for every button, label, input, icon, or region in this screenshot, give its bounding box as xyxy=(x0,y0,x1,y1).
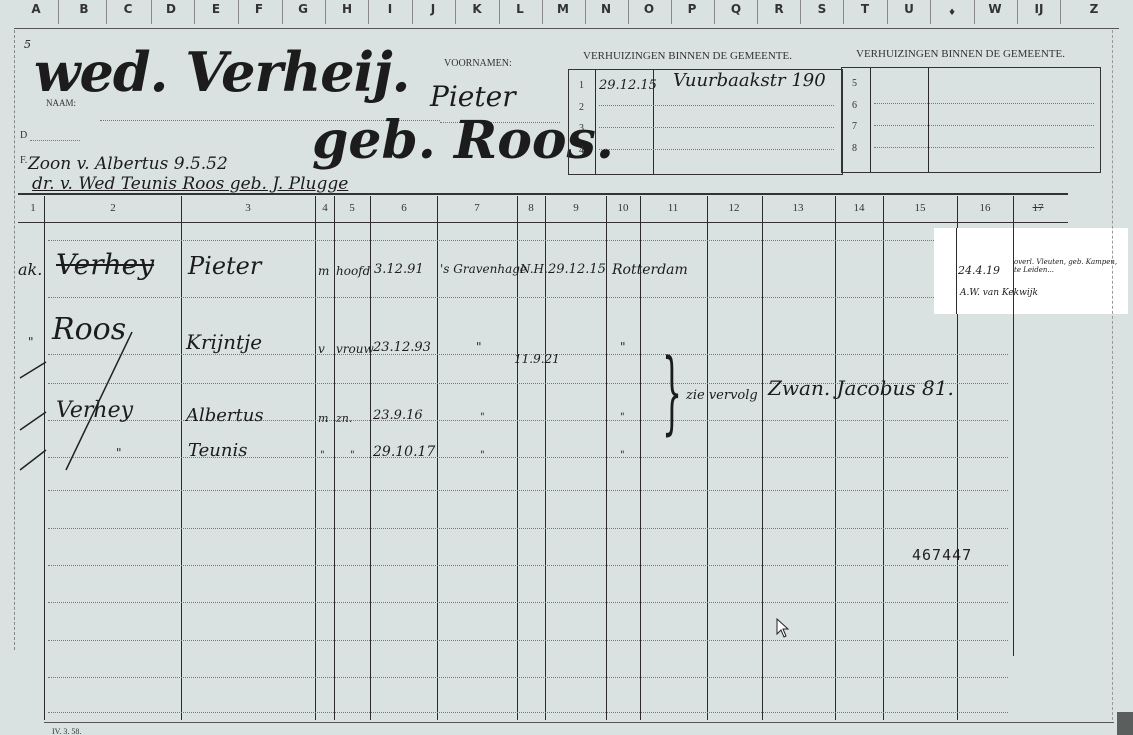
index-letter: Q xyxy=(731,2,741,16)
cell-origin: " xyxy=(620,412,625,423)
move-number: 3 xyxy=(579,123,584,134)
move-number: 7 xyxy=(852,121,857,132)
column-header: 3 xyxy=(245,202,251,214)
index-letter-strip: A B C D E F G H I J K L M N O P Q R S T … xyxy=(14,0,1119,29)
index-letter: U xyxy=(904,2,914,16)
index-letter: S xyxy=(818,2,827,16)
index-marker-icon: ♦ xyxy=(948,8,956,18)
cell-firstname: Teunis xyxy=(188,440,247,461)
cell-birthplace: " xyxy=(480,412,485,423)
note-date: 24.4.19 xyxy=(958,264,1000,277)
cell-birthplace: " xyxy=(480,450,485,461)
cell-sex: m xyxy=(318,412,328,425)
index-letter: IJ xyxy=(1035,2,1044,16)
index-letter: Z xyxy=(1090,2,1099,16)
mouse-cursor-icon xyxy=(776,618,790,638)
cell-sex: v xyxy=(318,342,325,356)
move-number: 4 xyxy=(579,145,584,156)
cell-surname: Verhey xyxy=(56,248,154,281)
column-header: 2 xyxy=(110,202,116,214)
cell-firstname: Krijntje xyxy=(186,330,262,354)
index-letter: R xyxy=(774,2,783,16)
cell-religion: N.H. xyxy=(520,262,548,276)
cell-relation: " xyxy=(350,450,355,461)
column-header: 16 xyxy=(980,202,991,214)
index-letter: B xyxy=(79,2,88,16)
brace-icon: } xyxy=(662,340,682,445)
cell-relation: hoofd xyxy=(336,264,370,278)
cell-birthdate: 23.9.16 xyxy=(373,408,423,423)
note-line-1: Zoon v. Albertus 9.5.52 xyxy=(28,154,228,174)
move-date: 29.12.15 xyxy=(599,78,657,93)
cell-sex: m xyxy=(318,264,329,278)
column-header: 7 xyxy=(474,202,480,214)
column-header: 15 xyxy=(915,202,926,214)
cell-birthdate: 23.12.93 xyxy=(373,340,431,355)
index-letter: F xyxy=(255,2,263,16)
index-letter: A xyxy=(31,2,40,16)
index-letter: N xyxy=(601,2,611,16)
move-number: 1 xyxy=(579,80,584,91)
column-header: 14 xyxy=(854,202,865,214)
moves-right-box: 5 6 7 8 xyxy=(841,67,1101,173)
index-letter: O xyxy=(644,2,654,16)
move-number: 8 xyxy=(852,143,857,154)
archive-number: 467447 xyxy=(912,546,972,564)
index-letter: J xyxy=(431,2,435,16)
index-letter: L xyxy=(516,2,524,16)
d-label: D xyxy=(20,130,27,141)
table-top-rule xyxy=(18,193,1068,195)
f-label: F. xyxy=(20,155,27,166)
index-letter: M xyxy=(557,2,569,16)
moves-right-title: VERHUIZINGEN BINNEN DE GEMEENTE. xyxy=(856,48,1065,60)
note-line-2: dr. v. Wed Teunis Roos geb. J. Plugge xyxy=(32,174,348,194)
cell-origin: Rotterdam xyxy=(612,262,688,278)
voornamen-label: VOORNAMEN: xyxy=(444,58,512,69)
column-header: 10 xyxy=(618,202,629,214)
surname-handwritten: wed. Verheij. xyxy=(34,40,409,104)
cell-sex: " xyxy=(320,450,325,461)
viewer-corner-handle[interactable] xyxy=(1117,712,1133,735)
note-text: overl. Vleuten, geb. Kampen, te Leiden..… xyxy=(1014,258,1124,274)
cell-birthdate: 29.10.17 xyxy=(373,444,435,460)
cell-remark: zie vervolg xyxy=(686,388,758,403)
move-number: 6 xyxy=(852,100,857,111)
cell-relation: zn. xyxy=(336,412,352,425)
index-letter: K xyxy=(472,2,481,16)
cell-relation: vrouw xyxy=(336,342,374,356)
firstname-handwritten: Pieter xyxy=(430,80,516,113)
card-margin xyxy=(14,30,15,650)
index-letter: T xyxy=(861,2,869,16)
column-header: 13 xyxy=(793,202,804,214)
cell-birthplace: " xyxy=(476,340,482,354)
column-header: 17 xyxy=(1033,202,1044,214)
index-letter: H xyxy=(342,2,352,16)
index-letter: I xyxy=(388,2,392,16)
cell-firstname: Albertus xyxy=(186,405,264,426)
cell-date: 29.12.15 xyxy=(548,262,606,277)
move-number: 5 xyxy=(852,78,857,89)
index-letter: C xyxy=(124,2,133,16)
card-right-edge xyxy=(1112,30,1113,720)
corner-mark: 5 xyxy=(24,38,31,51)
form-code: IV. 3. 58. xyxy=(52,727,81,735)
cell-origin: " xyxy=(620,450,625,461)
cell-annotation: ak. xyxy=(18,260,42,279)
column-header: 9 xyxy=(573,202,579,214)
column-header: 12 xyxy=(729,202,740,214)
card-bottom-rule xyxy=(44,722,1114,723)
moves-left-title: VERHUIZINGEN BINNEN DE GEMEENTE. xyxy=(583,50,792,62)
column-header: 11 xyxy=(668,202,679,214)
column-header: 4 xyxy=(322,202,328,214)
column-header: 6 xyxy=(401,202,407,214)
strike-marks xyxy=(18,300,168,480)
index-letter: W xyxy=(988,2,1001,16)
index-letter: D xyxy=(166,2,176,16)
moves-left-box: 1 29.12.15 Vuurbaakstr 190 2 3 4 xyxy=(568,69,843,175)
move-number: 2 xyxy=(579,102,584,113)
cell-firstname: Pieter xyxy=(188,252,261,280)
column-header: 1 xyxy=(30,202,36,214)
move-address: Vuurbaakstr 190 xyxy=(673,70,826,91)
pasted-note: 24.4.19 overl. Vleuten, geb. Kampen, te … xyxy=(934,228,1128,314)
cell-reference: Zwan. Jacobus 81. xyxy=(768,376,954,400)
cell-birthdate: 3.12.91 xyxy=(374,262,424,277)
index-letter: E xyxy=(212,2,220,16)
cell-birthplace: 's Gravenhage xyxy=(440,262,527,276)
index-letter: P xyxy=(688,2,697,16)
note-signature: A.W. van Kekwijk xyxy=(960,288,1038,298)
cell-origin: " xyxy=(620,340,626,354)
column-header: 5 xyxy=(349,202,355,214)
cell-date: 11.9.21 xyxy=(514,352,560,366)
table-header-rule xyxy=(18,222,1068,223)
column-header: 8 xyxy=(528,202,534,214)
index-letter: G xyxy=(298,2,308,16)
